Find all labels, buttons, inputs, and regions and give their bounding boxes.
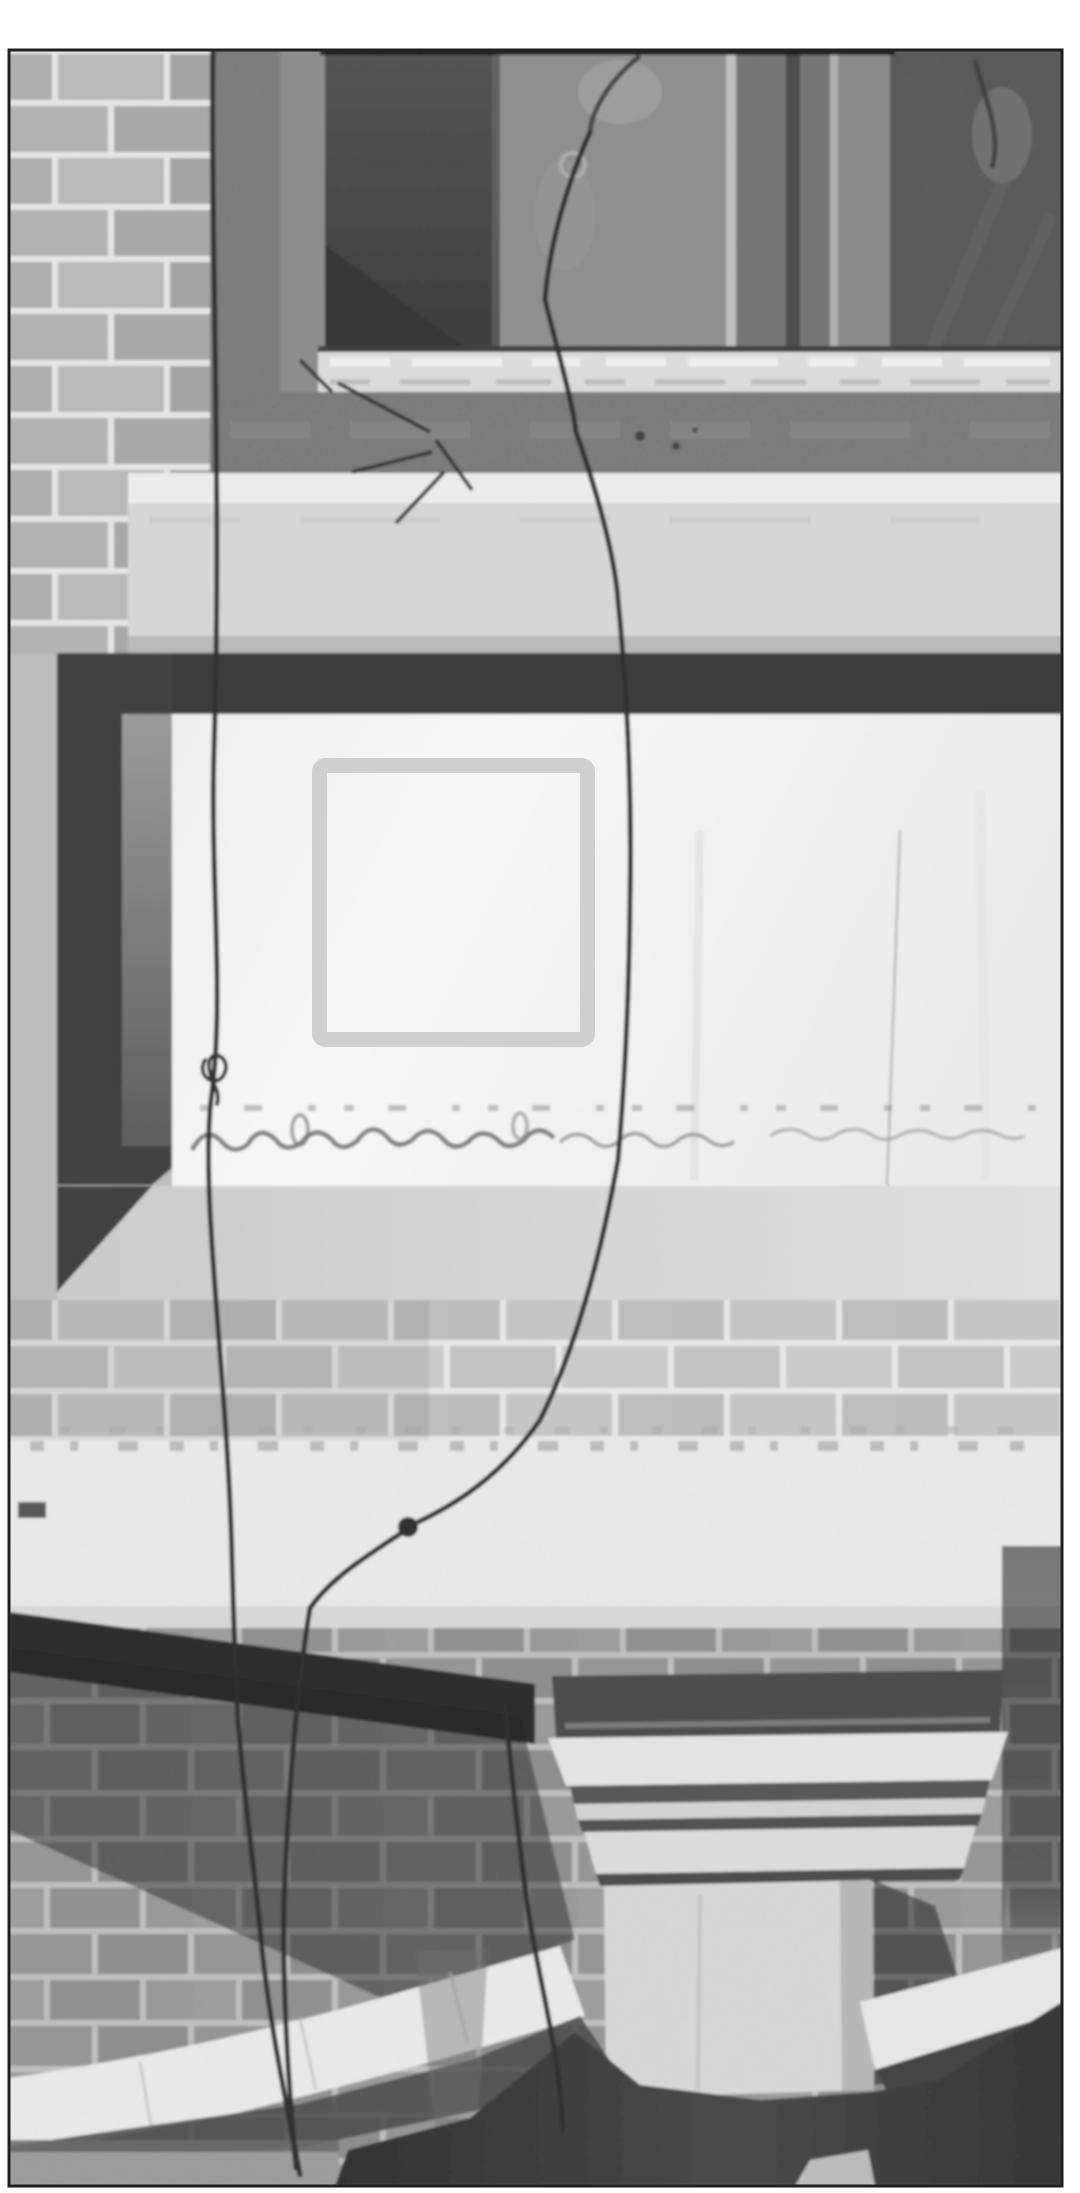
photo-content bbox=[9, 50, 1062, 2186]
film-grain bbox=[9, 50, 1062, 2186]
screenshot-canvas bbox=[0, 0, 1080, 2193]
facade-photograph bbox=[0, 0, 1080, 2193]
